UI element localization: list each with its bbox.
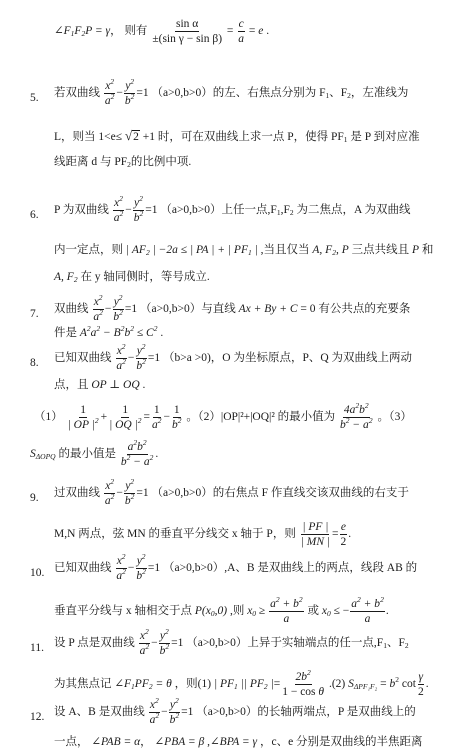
item-11-line-2: 为其焦点记 ∠F1PF2 = θ ，则(1) | PF1 || PF2 |=2b… — [54, 671, 429, 698]
angle-f1f2p: ∠F1F2P = γ — [54, 25, 110, 37]
item-10-line-1: 已知双曲线 x2a2−y2b2=1 （a>0,b>0）,A、B 是双曲线上的两点… — [54, 555, 417, 582]
item-7-line-1: 双曲线 x2a2−y2b2=1 （a>0,b>0）与直线 Ax + By + C… — [54, 296, 410, 323]
item-number: 8. — [30, 358, 39, 370]
item-11-line-1: 设 P 点是双曲线 x2a2−y2b2=1 （a>0,b>0）上异于实轴端点的任… — [54, 630, 409, 657]
item-5-line-2: L，则当 1<e≤ √2 +1 时，可在双曲线上求一点 P，使得 PF1 是 P… — [54, 129, 420, 144]
item-number: 6. — [30, 210, 39, 222]
item-9-line-2: M,N 两点，弦 MN 的垂直平分线交 x 轴于 P，则 | PF || MN … — [54, 521, 351, 548]
item-number: 10. — [30, 568, 44, 580]
item-12-line-2: 一点， ∠PAB = α， ∠PBA = β ,∠BPA = γ ，c、e 分别… — [54, 737, 423, 749]
inequality-af2: | AF2 | −2a ≤ | PA | + | PF1 | — [126, 244, 258, 256]
item-number: 12. — [30, 712, 44, 724]
item-8-line-4: SΔOPQ 的最小值是 a2b2b2 − a2. — [30, 441, 158, 468]
item-number: 7. — [30, 309, 39, 321]
item-9-line-1: 过双曲线 x2a2−y2b2=1 （a>0,b>0）的右焦点 F 作直线交该双曲… — [54, 480, 409, 507]
item-5-line-3: 线距离 d 与 PF2的比例中项. — [54, 157, 191, 169]
item-number: 9. — [30, 493, 39, 505]
continuation-line: ∠F1F2P = γ， 则有 sin α ±(sin γ − sin β) = … — [54, 18, 269, 45]
item-8-line-1: 已知双曲线 x2a2−y2b2=1 （b>a >0)，O 为坐标原点，P、Q 为… — [54, 345, 412, 372]
item-8-line-3: （1） 1| OP |2+1| OQ |2=1a2−1b2 。（2）|OP|²+… — [34, 404, 412, 431]
sqrt2-plus-1: √2 +1 — [125, 131, 155, 143]
item-number: 11. — [30, 643, 44, 655]
c-over-a: ca — [237, 18, 245, 45]
item-8-line-2: 点，且 OP ⊥ OQ . — [54, 380, 145, 392]
x2-over-a2: x2a2 — [104, 80, 116, 107]
sine-ratio-fraction: sin α ±(sin γ − sin β) — [151, 18, 223, 45]
item-6-line-2: 内一定点，则 | AF2 | −2a ≤ | PA | + | PF1 | ,当… — [54, 245, 433, 257]
item-6-line-3: A, F2 在 y 轴同侧时，等号成立. — [54, 272, 210, 284]
y2-over-b2: y2b2 — [124, 80, 136, 107]
item-6-line-1: P 为双曲线 x2a2−y2b2=1 （a>0,b>0）上任一点,F1,F2 为… — [54, 197, 411, 224]
item-7-line-2: 件是 A2a2 − B2b2 ≤ C2 . — [54, 328, 163, 340]
item-10-line-2: 垂直平分线与 x 轴相交于点 P(x0,0) ,则 x0 ≥ a2 + b2a … — [54, 598, 389, 625]
item-12-line-1: 设 A、B 是双曲线 x2a2−y2b2=1 （a>0,b>0）的长轴两端点，P… — [54, 699, 416, 726]
item-number: 5. — [30, 93, 39, 105]
text-then-has: 则有 — [124, 25, 147, 37]
item-5-line-1: 若双曲线 x2a2−y2b2=1 （a>0,b>0）的左、右焦点分别为 F1、F… — [54, 80, 408, 107]
